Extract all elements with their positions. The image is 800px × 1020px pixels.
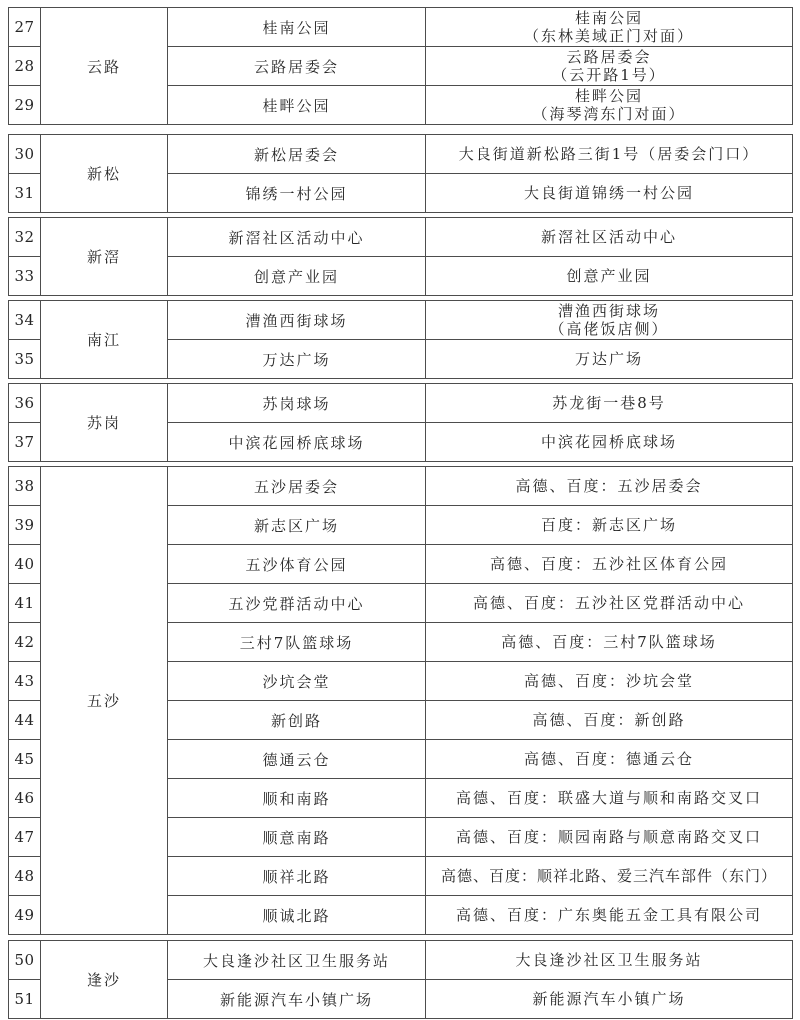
site-name-cell: 新松居委会 xyxy=(168,135,426,174)
address-cell: 万达广场 xyxy=(426,340,793,379)
address-line: 高德、百度：顺园南路与顺意南路交叉口 xyxy=(426,828,792,846)
address-line: 桂南公园 xyxy=(426,9,792,27)
table-section: 27云路桂南公园桂南公园（东林美域正门对面）28云路居委会云路居委会（云开路1号… xyxy=(8,7,793,125)
address-cell: 桂畔公园（海琴湾东门对面） xyxy=(426,86,793,125)
row-number-cell: 37 xyxy=(9,423,41,462)
row-number-cell: 38 xyxy=(9,467,41,506)
area-name-cell: 五沙 xyxy=(41,467,168,935)
row-number-cell: 33 xyxy=(9,257,41,296)
table-section: 32新滘新滘社区活动中心新滘社区活动中心33创意产业园创意产业园 xyxy=(8,217,793,296)
site-name-cell: 中滨花园桥底球场 xyxy=(168,423,426,462)
table-row: 50逢沙大良逢沙社区卫生服务站大良逢沙社区卫生服务站 xyxy=(9,941,793,980)
address-line: 大良街道锦绣一村公园 xyxy=(426,184,792,202)
row-number-cell: 34 xyxy=(9,301,41,340)
address-cell: 苏龙街一巷8号 xyxy=(426,384,793,423)
address-cell: 高德、百度：德通云仓 xyxy=(426,740,793,779)
site-name-cell: 五沙党群活动中心 xyxy=(168,584,426,623)
site-name-cell: 新创路 xyxy=(168,701,426,740)
row-number-cell: 29 xyxy=(9,86,41,125)
address-cell: 新滘社区活动中心 xyxy=(426,218,793,257)
address-cell: 高德、百度：顺祥北路、爱三汽车部件（东门） xyxy=(426,857,793,896)
address-line: 创意产业园 xyxy=(426,267,792,285)
site-name-cell: 桂畔公园 xyxy=(168,86,426,125)
row-number-cell: 31 xyxy=(9,174,41,213)
table-section: 50逢沙大良逢沙社区卫生服务站大良逢沙社区卫生服务站51新能源汽车小镇广场新能源… xyxy=(8,940,793,1019)
site-name-cell: 漕渔西街球场 xyxy=(168,301,426,340)
address-cell: 大良逢沙社区卫生服务站 xyxy=(426,941,793,980)
address-cell: 百度：新志区广场 xyxy=(426,506,793,545)
address-line: 高德、百度：五沙社区体育公园 xyxy=(426,555,792,573)
address-cell: 高德、百度：五沙居委会 xyxy=(426,467,793,506)
address-line: 中滨花园桥底球场 xyxy=(426,433,792,451)
address-line: 万达广场 xyxy=(426,350,792,368)
row-number-cell: 42 xyxy=(9,623,41,662)
address-cell: 大良街道锦绣一村公园 xyxy=(426,174,793,213)
address-cell: 高德、百度：新创路 xyxy=(426,701,793,740)
row-number-cell: 48 xyxy=(9,857,41,896)
address-line: 高德、百度：德通云仓 xyxy=(426,750,792,768)
site-name-cell: 德通云仓 xyxy=(168,740,426,779)
address-cell: 高德、百度：广东奥能五金工具有限公司 xyxy=(426,896,793,935)
table-row: 34南江漕渔西街球场漕渔西街球场（高佬饭店侧） xyxy=(9,301,793,340)
address-cell: 云路居委会（云开路1号） xyxy=(426,47,793,86)
table-section: 38五沙五沙居委会高德、百度：五沙居委会39新志区广场百度：新志区广场40五沙体… xyxy=(8,466,793,935)
address-line: 高德、百度：五沙社区党群活动中心 xyxy=(426,594,792,612)
address-cell: 高德、百度：三村7队篮球场 xyxy=(426,623,793,662)
row-number-cell: 47 xyxy=(9,818,41,857)
area-name-cell: 新滘 xyxy=(41,218,168,296)
site-name-cell: 新志区广场 xyxy=(168,506,426,545)
site-name-cell: 新能源汽车小镇广场 xyxy=(168,980,426,1019)
row-number-cell: 36 xyxy=(9,384,41,423)
site-name-cell: 五沙体育公园 xyxy=(168,545,426,584)
site-name-cell: 顺意南路 xyxy=(168,818,426,857)
address-line: 高德、百度：联盛大道与顺和南路交叉口 xyxy=(426,789,792,807)
address-line: 桂畔公园 xyxy=(426,87,792,105)
address-line: 新能源汽车小镇广场 xyxy=(426,990,792,1008)
table-row: 27云路桂南公园桂南公园（东林美域正门对面） xyxy=(9,8,793,47)
address-cell: 高德、百度：顺园南路与顺意南路交叉口 xyxy=(426,818,793,857)
address-cell: 高德、百度：五沙社区党群活动中心 xyxy=(426,584,793,623)
row-number-cell: 30 xyxy=(9,135,41,174)
site-name-cell: 沙坑会堂 xyxy=(168,662,426,701)
address-cell: 创意产业园 xyxy=(426,257,793,296)
address-cell: 高德、百度：沙坑会堂 xyxy=(426,662,793,701)
site-name-cell: 锦绣一村公园 xyxy=(168,174,426,213)
row-number-cell: 46 xyxy=(9,779,41,818)
address-line: 高德、百度：顺祥北路、爱三汽车部件（东门） xyxy=(426,867,792,885)
row-number-cell: 43 xyxy=(9,662,41,701)
site-name-cell: 桂南公园 xyxy=(168,8,426,47)
address-line: 高德、百度：广东奥能五金工具有限公司 xyxy=(426,906,792,924)
site-name-cell: 苏岗球场 xyxy=(168,384,426,423)
area-name-cell: 南江 xyxy=(41,301,168,379)
table-section: 36苏岗苏岗球场苏龙街一巷8号37中滨花园桥底球场中滨花园桥底球场 xyxy=(8,383,793,462)
address-line: 大良逢沙社区卫生服务站 xyxy=(426,951,792,969)
address-line: 高德、百度：沙坑会堂 xyxy=(426,672,792,690)
table-row: 38五沙五沙居委会高德、百度：五沙居委会 xyxy=(9,467,793,506)
site-name-cell: 五沙居委会 xyxy=(168,467,426,506)
address-line: 漕渔西街球场 xyxy=(426,302,792,320)
document-page: 27云路桂南公园桂南公园（东林美域正门对面）28云路居委会云路居委会（云开路1号… xyxy=(8,7,792,1019)
row-number-cell: 40 xyxy=(9,545,41,584)
row-number-cell: 45 xyxy=(9,740,41,779)
row-number-cell: 32 xyxy=(9,218,41,257)
address-line: （海琴湾东门对面） xyxy=(426,105,792,123)
table-section: 34南江漕渔西街球场漕渔西街球场（高佬饭店侧）35万达广场万达广场 xyxy=(8,300,793,379)
site-name-cell: 创意产业园 xyxy=(168,257,426,296)
address-cell: 桂南公园（东林美域正门对面） xyxy=(426,8,793,47)
address-line: （东林美域正门对面） xyxy=(426,27,792,45)
address-line: 百度：新志区广场 xyxy=(426,516,792,534)
row-number-cell: 27 xyxy=(9,8,41,47)
address-cell: 大良街道新松路三街1号（居委会门口） xyxy=(426,135,793,174)
address-cell: 漕渔西街球场（高佬饭店侧） xyxy=(426,301,793,340)
address-cell: 中滨花园桥底球场 xyxy=(426,423,793,462)
site-name-cell: 顺祥北路 xyxy=(168,857,426,896)
table-section: 30新松新松居委会大良街道新松路三街1号（居委会门口）31锦绣一村公园大良街道锦… xyxy=(8,134,793,213)
area-name-cell: 苏岗 xyxy=(41,384,168,462)
address-line: 云路居委会 xyxy=(426,48,792,66)
row-number-cell: 50 xyxy=(9,941,41,980)
site-name-cell: 顺诚北路 xyxy=(168,896,426,935)
address-line: 苏龙街一巷8号 xyxy=(426,394,792,412)
site-name-cell: 万达广场 xyxy=(168,340,426,379)
row-number-cell: 28 xyxy=(9,47,41,86)
site-name-cell: 顺和南路 xyxy=(168,779,426,818)
site-name-cell: 新滘社区活动中心 xyxy=(168,218,426,257)
address-line: 新滘社区活动中心 xyxy=(426,228,792,246)
row-number-cell: 35 xyxy=(9,340,41,379)
address-line: 高德、百度：三村7队篮球场 xyxy=(426,633,792,651)
site-name-cell: 三村7队篮球场 xyxy=(168,623,426,662)
site-name-cell: 云路居委会 xyxy=(168,47,426,86)
area-name-cell: 云路 xyxy=(41,8,168,125)
table-row: 30新松新松居委会大良街道新松路三街1号（居委会门口） xyxy=(9,135,793,174)
address-line: 高德、百度：五沙居委会 xyxy=(426,477,792,495)
address-line: 大良街道新松路三街1号（居委会门口） xyxy=(426,145,792,163)
address-line: （云开路1号） xyxy=(426,66,792,84)
row-number-cell: 44 xyxy=(9,701,41,740)
row-number-cell: 39 xyxy=(9,506,41,545)
address-line: （高佬饭店侧） xyxy=(426,320,792,338)
row-number-cell: 41 xyxy=(9,584,41,623)
address-cell: 高德、百度：五沙社区体育公园 xyxy=(426,545,793,584)
area-name-cell: 新松 xyxy=(41,135,168,213)
address-cell: 高德、百度：联盛大道与顺和南路交叉口 xyxy=(426,779,793,818)
table-row: 36苏岗苏岗球场苏龙街一巷8号 xyxy=(9,384,793,423)
address-cell: 新能源汽车小镇广场 xyxy=(426,980,793,1019)
table-row: 32新滘新滘社区活动中心新滘社区活动中心 xyxy=(9,218,793,257)
row-number-cell: 51 xyxy=(9,980,41,1019)
row-number-cell: 49 xyxy=(9,896,41,935)
site-name-cell: 大良逢沙社区卫生服务站 xyxy=(168,941,426,980)
address-line: 高德、百度：新创路 xyxy=(426,711,792,729)
area-name-cell: 逢沙 xyxy=(41,941,168,1019)
site-list-table: 27云路桂南公园桂南公园（东林美域正门对面）28云路居委会云路居委会（云开路1号… xyxy=(8,7,792,1019)
